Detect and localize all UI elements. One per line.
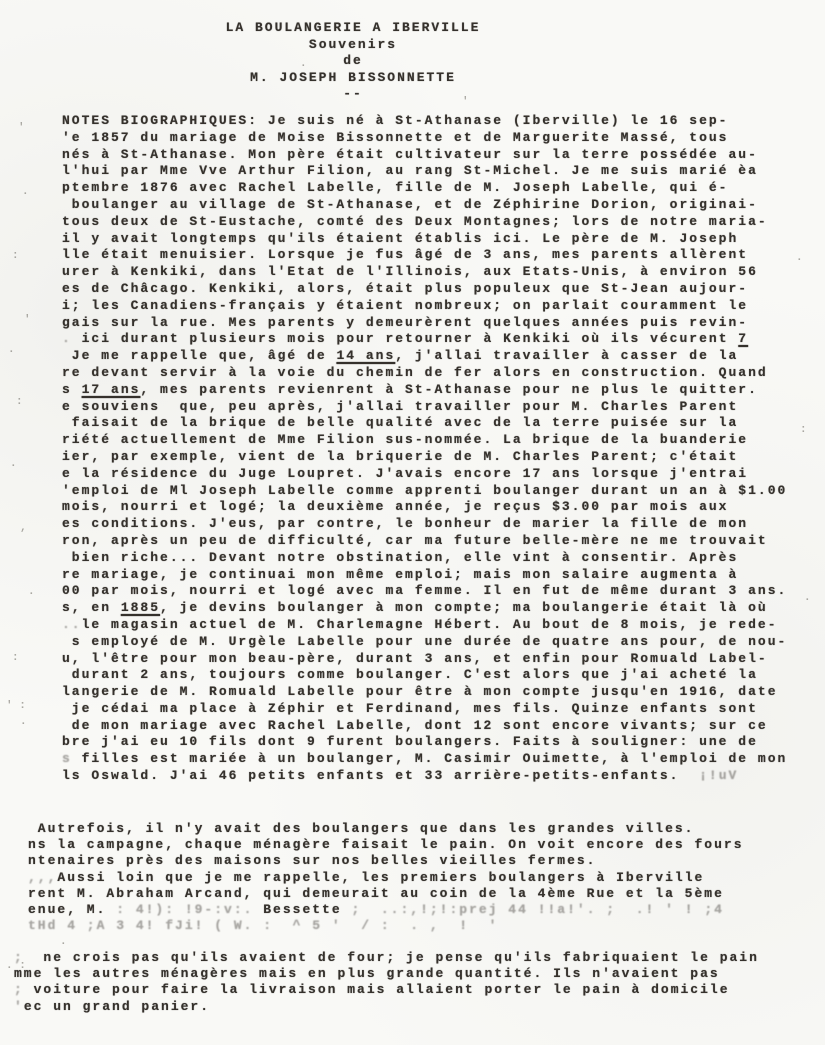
- scan-speck: ' :: [6, 700, 26, 712]
- text-line: nés à St-Athanase. Mon père était cultiv…: [62, 147, 787, 164]
- text-line: ier, par exemple, vient de la briquerie …: [62, 449, 787, 466]
- scan-speck: .: [20, 716, 27, 728]
- text-line: s, en 1885, je devins boulanger à mon co…: [62, 600, 787, 617]
- underlined-text: 14 ans: [336, 348, 395, 363]
- text-line: s filles est mariée à un boulanger, M. C…: [62, 751, 787, 768]
- underlined-text: 17 ans: [82, 382, 141, 397]
- scan-speck: .: [300, 58, 307, 70]
- text-line: je cédai ma place à Zéphir et Ferdinand,…: [62, 701, 787, 718]
- scan-speck: :: [16, 396, 23, 408]
- text-line: gais sur la rue. Mes parents y demeurère…: [62, 315, 787, 332]
- text-line: durant 2 ans, toujours comme boulanger. …: [62, 667, 787, 684]
- title-line: de: [220, 53, 486, 70]
- scan-speck: :: [12, 250, 19, 262]
- text-line: ns la campagne, chaque ménagère faisait …: [28, 837, 744, 853]
- text-line: i; les Canadiens-français y étaient nomb…: [62, 298, 787, 315]
- text-line: tous deux de St-Eustache, comté des Deux…: [62, 214, 787, 231]
- underlined-text: 1885: [121, 600, 160, 615]
- bread-delivery-paragraph: ; ne crois pas qu'ils avaient de four; j…: [14, 950, 759, 1015]
- text-line: e souviens que, peu après, j'allai trava…: [62, 399, 787, 416]
- smudge-text: ;: [14, 982, 34, 997]
- text-line: ,,,Aussi loin que je me rappelle, les pr…: [28, 870, 744, 886]
- text-line: ; ne crois pas qu'ils avaient de four; j…: [14, 950, 759, 966]
- smudge-text: : 4!): !9-:v:.: [116, 902, 263, 917]
- smudge-text: ': [14, 999, 24, 1014]
- text-line: bien riche... Devant notre obstination, …: [62, 550, 787, 567]
- smudge-text: .: [62, 331, 82, 346]
- scan-speck: .: [8, 344, 15, 356]
- text-line: de mon mariage avec Rachel Labelle, dont…: [62, 718, 787, 735]
- text-line: re mariage, je continuai mon même emploi…: [62, 567, 787, 584]
- text-line: 00 par mois, nourri et logé avec ma femm…: [62, 583, 787, 600]
- document-page: LA BOULANGERIE A IBERVILLESouvenirsdeM. …: [0, 0, 825, 1045]
- smudge-text: ¡!uV: [679, 768, 738, 783]
- scan-speck: :: [12, 652, 19, 664]
- underlined-text: 7: [738, 331, 748, 346]
- text-line: s employé de M. Urgèle Labelle pour une …: [62, 634, 787, 651]
- title-line: --: [220, 86, 486, 103]
- text-line: urer à Kenkiki, dans l'Etat de l'Illinoi…: [62, 264, 787, 281]
- text-line: 'ec un grand panier.: [14, 999, 759, 1015]
- scan-speck: .: [804, 592, 811, 604]
- text-line: 'e 1857 du mariage de Moise Bissonnette …: [62, 130, 787, 147]
- text-line: ..le magasin actuel de M. Charlemagne Hé…: [62, 617, 787, 634]
- text-line: u, l'être pour mon beau-père, durant 3 a…: [62, 651, 787, 668]
- text-line: es de Châcago. Kenkiki, alors, était plu…: [62, 281, 787, 298]
- text-line: ron, après un peu de difficulté, car ma …: [62, 533, 787, 550]
- smudge-text: tHd 4 ;A 3 4! fJi! ( W. : ^ 5 ' / : . , …: [28, 918, 498, 933]
- text-line: s 17 ans, mes parents revienrent à St-At…: [62, 382, 787, 399]
- title-line: M. JOSEPH BISSONNETTE: [220, 70, 486, 87]
- scan-speck: ': [462, 96, 469, 108]
- text-line: riété actuellement de Mme Filion sus-nom…: [62, 432, 787, 449]
- text-line: es conditions. J'eus, par contre, le bon…: [62, 516, 787, 533]
- smudge-text: ; ..:,!;!:prej 44 !!a!'. ; .! ' ! ;4: [342, 902, 724, 917]
- title-line: Souvenirs: [220, 37, 486, 54]
- smudge-text: ,,,: [28, 870, 57, 885]
- text-line: Autrefois, il n'y avait des boulangers q…: [28, 821, 744, 837]
- text-line: boulanger au village de St-Athanase, et …: [62, 197, 787, 214]
- scan-speck: . :: [6, 960, 26, 972]
- text-line: lle était menuisier. Lorsque je fus âgé …: [62, 247, 787, 264]
- biographical-notes-paragraph: NOTES BIOGRAPHIQUES: Je suis né à St-Ath…: [62, 113, 787, 785]
- text-line: e la résidence du Juge Loupret. J'avais …: [62, 466, 787, 483]
- text-line: mois, nourri et logé; la deuxième année,…: [62, 499, 787, 516]
- scan-speck: ': [24, 314, 31, 326]
- text-line: ntenaires près des maisons sur nos belle…: [28, 853, 744, 869]
- text-line: il y avait longtemps qu'ils étaient étab…: [62, 231, 787, 248]
- smudge-text: s: [62, 751, 82, 766]
- text-line: ptembre 1876 avec Rachel Labelle, fille …: [62, 180, 787, 197]
- text-line: langerie de M. Romuald Labelle pour être…: [62, 684, 787, 701]
- document-title: LA BOULANGERIE A IBERVILLESouvenirsdeM. …: [220, 20, 486, 103]
- text-line: . ici durant plusieurs mois pour retourn…: [62, 331, 787, 348]
- text-line: mme les autres ménagères mais en plus gr…: [14, 966, 759, 982]
- text-line: rent M. Abraham Arcand, qui demeurait au…: [28, 886, 744, 902]
- text-line: bre j'ai eu 10 fils dont 9 furent boulan…: [62, 734, 787, 751]
- text-line: enue, M. : 4!): !9-:v:. Bessette ; ..:,!…: [28, 902, 744, 918]
- title-line: LA BOULANGERIE A IBERVILLE: [220, 20, 486, 37]
- text-line: ls Oswald. J'ai 46 petits enfants et 33 …: [62, 768, 787, 785]
- scan-speck: .: [28, 586, 35, 598]
- scan-speck: .: [796, 252, 803, 264]
- scan-speck: ': [18, 122, 25, 134]
- bakers-history-paragraph: Autrefois, il n'y avait des boulangers q…: [28, 821, 744, 934]
- smudge-text: ..: [62, 617, 82, 632]
- text-line: l'hui par Mme Vve Arthur Filion, au rang…: [62, 163, 787, 180]
- text-line: ; voiture pour faire la livraison mais a…: [14, 982, 759, 998]
- scan-speck: .: [22, 186, 29, 198]
- scan-speck: :: [800, 424, 807, 436]
- text-line: Je me rappelle que, âgé de 14 ans, j'all…: [62, 348, 787, 365]
- text-line: re devant servir à la voie du chemin de …: [62, 365, 787, 382]
- scan-speck: .: [10, 458, 17, 470]
- text-line: NOTES BIOGRAPHIQUES: Je suis né à St-Ath…: [62, 113, 787, 130]
- scan-speck: .: [60, 936, 67, 948]
- scan-speck: ,: [20, 522, 27, 534]
- text-line: faisait de la brique de belle qualité av…: [62, 415, 787, 432]
- text-line: tHd 4 ;A 3 4! fJi! ( W. : ^ 5 ' / : . , …: [28, 918, 744, 934]
- text-line: 'emploi de Ml Joseph Labelle comme appre…: [62, 483, 787, 500]
